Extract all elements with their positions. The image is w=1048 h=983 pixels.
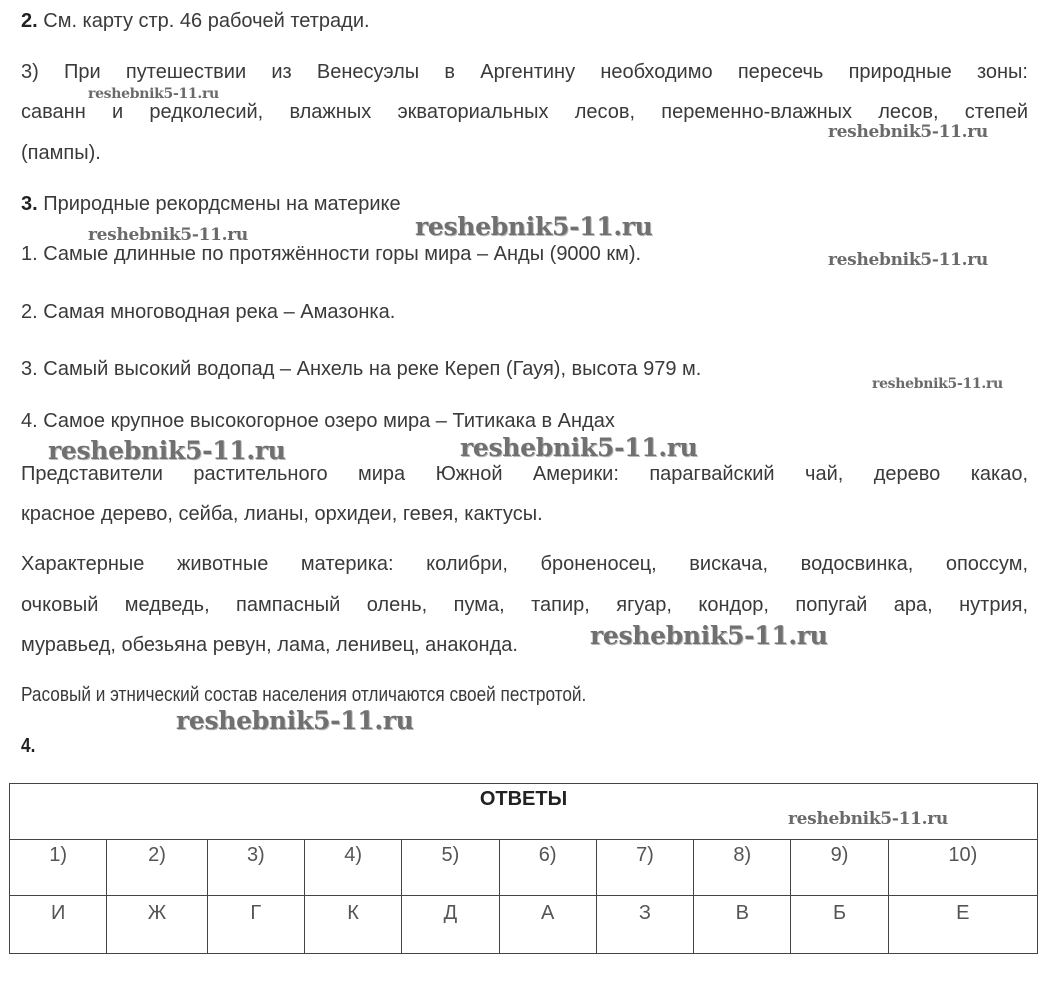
table-cell-number: 8)	[694, 840, 791, 896]
record-item: 3. Самый высокий водопад – Анхель на рек…	[21, 357, 701, 381]
watermark: reshebnik5-11.ru	[88, 86, 219, 102]
section-3-heading: 3. Природные рекордсмены на материке	[21, 192, 401, 216]
section-4-heading: 4.	[21, 734, 35, 758]
watermark: reshebnik5-11.ru	[872, 376, 1003, 392]
section-2-heading: 2. См. карту стр. 46 рабочей тетради.	[21, 9, 370, 33]
animals-line: муравьед, обезьяна ревун, лама, ленивец,…	[21, 633, 518, 657]
section-number: 2.	[21, 10, 38, 32]
table-cell-number: 5)	[402, 840, 499, 896]
animals-line: Характерные животные материка: колибри, …	[21, 552, 1028, 576]
table-cell-answer: Б	[791, 896, 888, 954]
table-cell-answer: И	[10, 896, 107, 954]
population-text: Расовый и этнический состав населения от…	[21, 683, 586, 707]
table-cell-answer: Д	[402, 896, 499, 954]
table-cell-answer: В	[694, 896, 791, 954]
table-row: И Ж Г К Д А З В Б Е	[10, 896, 1038, 954]
table-cell-number: 2)	[107, 840, 207, 896]
section-number: 4.	[21, 735, 35, 757]
watermark: reshebnik5-11.ru	[590, 621, 828, 650]
section-title: Природные рекордсмены на материке	[43, 193, 400, 215]
section-number: 3.	[21, 193, 38, 215]
plants-line: красное дерево, сейба, лианы, орхидеи, г…	[21, 502, 543, 526]
watermark: reshebnik5-11.ru	[88, 225, 248, 245]
table-cell-number: 9)	[791, 840, 888, 896]
table-row: 1) 2) 3) 4) 5) 6) 7) 8) 9) 10)	[10, 840, 1038, 896]
table-cell-number: 4)	[304, 840, 401, 896]
watermark: reshebnik5-11.ru	[48, 436, 286, 465]
watermark: reshebnik5-11.ru	[828, 122, 988, 142]
table-cell-number: 1)	[10, 840, 107, 896]
watermark: reshebnik5-11.ru	[460, 433, 698, 462]
paragraph-line: 3) При путешествии из Венесуэлы в Аргент…	[21, 60, 1028, 84]
table-cell-number: 7)	[596, 840, 693, 896]
record-item: 4. Самое крупное высокогорное озеро мира…	[21, 409, 615, 433]
watermark: reshebnik5-11.ru	[176, 706, 414, 735]
paragraph-line: саванн и редколесий, влажных экваториаль…	[21, 100, 1028, 124]
table-cell-answer: К	[304, 896, 401, 954]
table-cell-number: 6)	[499, 840, 596, 896]
record-item: 2. Самая многоводная река – Амазонка.	[21, 300, 395, 324]
table-cell-answer: Г	[207, 896, 304, 954]
watermark: reshebnik5-11.ru	[788, 809, 948, 829]
record-item: 1. Самые длинные по протяжённости горы м…	[21, 242, 641, 266]
table-cell-answer: Ж	[107, 896, 207, 954]
animals-line: очковый медведь, пампасный олень, пума, …	[21, 593, 1028, 617]
watermark: reshebnik5-11.ru	[828, 250, 988, 270]
table-cell-number: 10)	[888, 840, 1037, 896]
table-cell-answer: А	[499, 896, 596, 954]
watermark: reshebnik5-11.ru	[415, 212, 653, 241]
paragraph-line: (пампы).	[21, 141, 101, 165]
plants-line: Представители растительного мира Южной А…	[21, 462, 1028, 486]
table-cell-answer: З	[596, 896, 693, 954]
table-cell-number: 3)	[207, 840, 304, 896]
table-cell-answer: Е	[888, 896, 1037, 954]
section-text: См. карту стр. 46 рабочей тетради.	[43, 10, 369, 32]
